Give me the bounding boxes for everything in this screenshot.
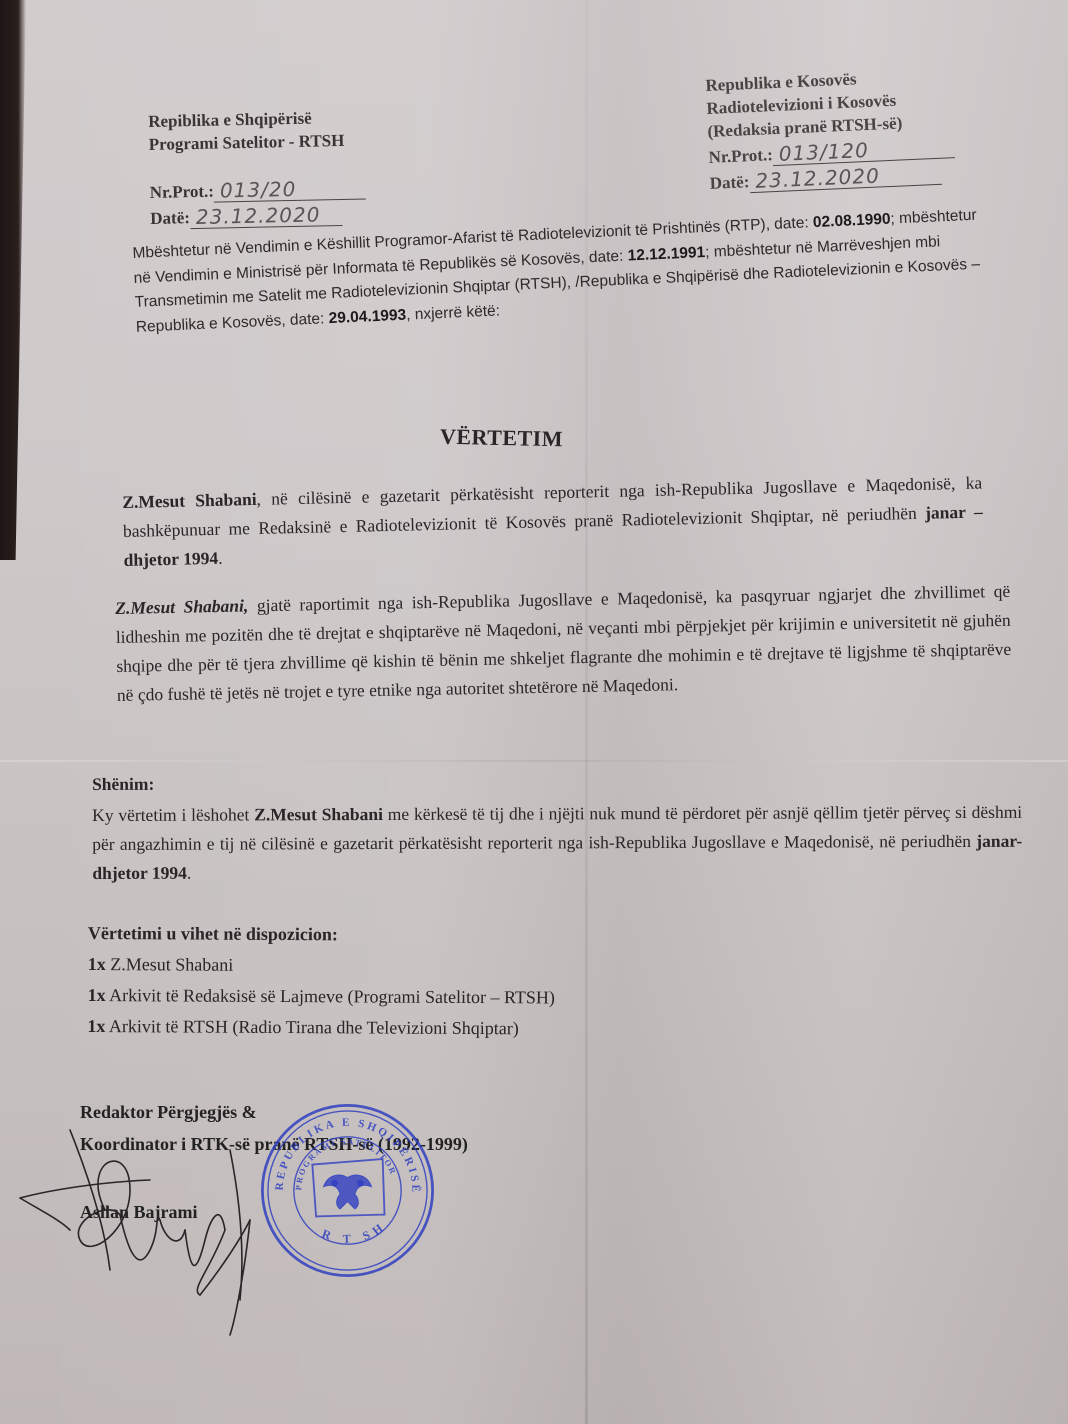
- distribution-item: 1x Z.Mesut Shabani: [88, 949, 768, 984]
- distribution-item: 1x Arkivit të RTSH (Radio Tirana dhe Tel…: [87, 1011, 767, 1046]
- person-name: Z.Mesut Shabani: [254, 804, 383, 824]
- note-text: Ky vërtetim i lëshohet Z.Mesut Shabani m…: [92, 798, 1022, 888]
- double-headed-eagle-icon: [312, 1159, 384, 1216]
- paper-fold-horizontal: [0, 760, 1068, 762]
- date-1990: 02.08.1990: [813, 211, 891, 232]
- svg-text:R T SH: R T SH: [320, 1218, 390, 1246]
- handwritten-signature: [10, 1120, 270, 1340]
- person-name: Z.Mesut Shabani,: [115, 595, 248, 618]
- header-left-line2: Programi Satelitor - RTSH: [148, 128, 365, 156]
- note-title: Shënim:: [92, 767, 1022, 799]
- person-name: Z.Mesut Shabani: [122, 489, 257, 512]
- document-title: VËRTETIM: [440, 424, 564, 453]
- distribution-list: Vërtetimi u vihet në dispozicion: 1x Z.M…: [87, 918, 768, 1046]
- date-1991: 12.12.1991: [627, 244, 705, 265]
- certificate-paragraph-2: Z.Mesut Shabani, gjatë raportimit nga is…: [115, 577, 1012, 710]
- official-stamp: REPUBLIKA E SHQIPËRISË PROGRAMI SATELITO…: [255, 1098, 440, 1283]
- distribution-heading: Vërtetimi u vihet në dispozicion:: [88, 918, 768, 953]
- date-left: Datë: 23.12.2020: [150, 202, 367, 230]
- handwritten-date-left: 23.12.2020: [190, 203, 342, 229]
- header-right: Republika e Kosovës Radiotelevizioni i K…: [705, 63, 956, 195]
- header-left: Repiblika e Shqipërisë Programi Satelito…: [148, 105, 367, 230]
- note-section: Shënim: Ky vërtetim i lëshohet Z.Mesut S…: [92, 767, 1022, 888]
- paper-fold-vertical: [585, 0, 588, 1424]
- distribution-item: 1x Arkivit të Redaksisë së Lajmeve (Prog…: [88, 980, 768, 1015]
- date-1993: 29.04.1993: [328, 306, 406, 327]
- handwritten-protocol-left: 013/20: [214, 176, 366, 202]
- protocol-number-left: Nr.Prot.: 013/20: [149, 176, 366, 204]
